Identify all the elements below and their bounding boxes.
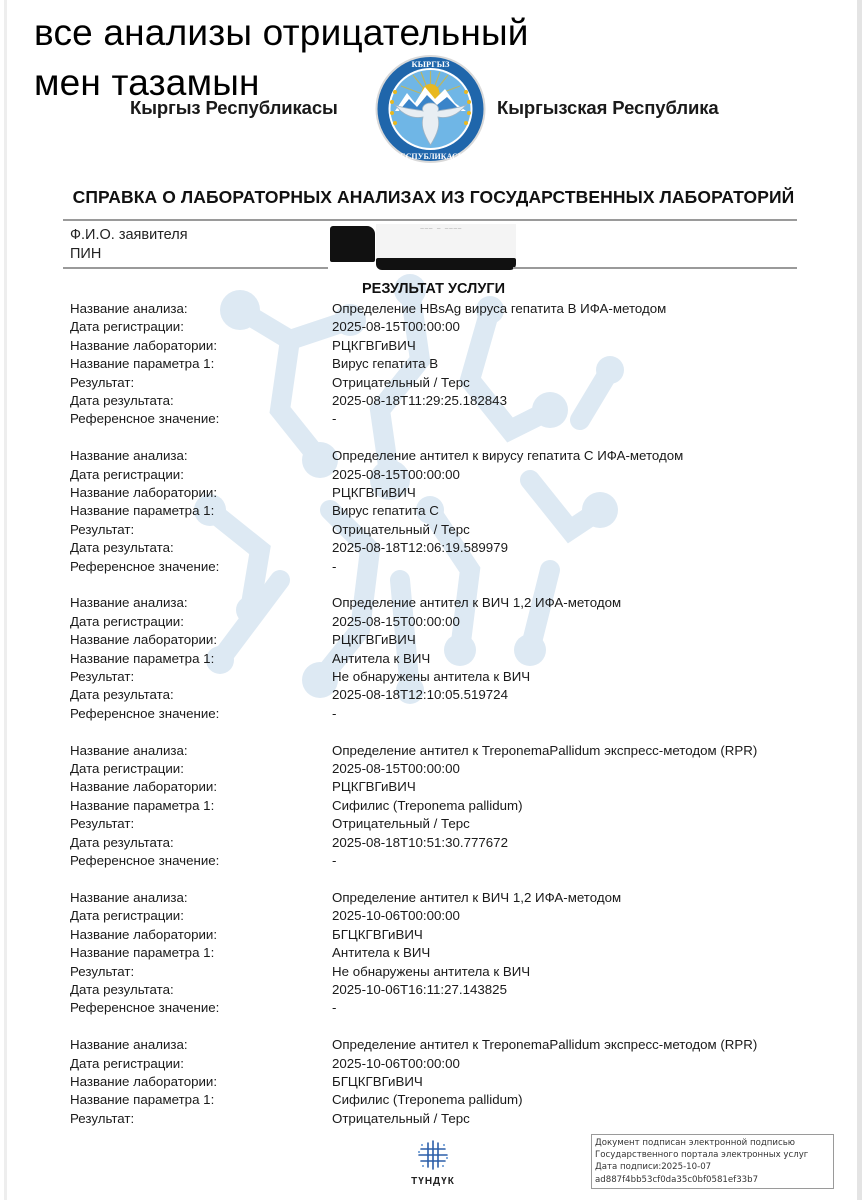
caption-line-1: все анализы отрицательный — [34, 8, 529, 58]
result-block: Название анализа:Определение антител к В… — [70, 889, 757, 1018]
result-block: Название анализа:Определение антител к В… — [70, 594, 757, 723]
field-parameter: Название параметра 1:Вирус гепатита С — [70, 502, 757, 520]
field-result: Результат:Не обнаружены антитела к ВИЧ — [70, 668, 757, 686]
field-registration-date: Дата регистрации:2025-08-15T00:00:00 — [70, 613, 757, 631]
field-reference: Референсное значение:- — [70, 852, 757, 870]
country-name-russian: Кыргызская Республика — [497, 97, 719, 119]
field-result: Результат:Отрицательный / Терс — [70, 374, 757, 392]
field-parameter: Название параметра 1:Сифилис (Treponema … — [70, 797, 757, 815]
field-registration-date: Дата регистрации:2025-08-15T00:00:00 — [70, 760, 757, 778]
field-parameter: Название параметра 1:Вирус гепатита В — [70, 355, 757, 373]
results-list: Название анализа:Определение HBsAg вирус… — [70, 300, 757, 1147]
field-reference: Референсное значение:- — [70, 999, 757, 1017]
document-title: СПРАВКА О ЛАБОРАТОРНЫХ АНАЛИЗАХ ИЗ ГОСУД… — [0, 187, 867, 208]
field-registration-date: Дата регистрации:2025-08-15T00:00:00 — [70, 318, 757, 336]
tunduk-logo-text: ТҮНДҮК — [400, 1176, 466, 1187]
field-result-date: Дата результата:2025-08-18T11:29:25.1828… — [70, 392, 757, 410]
applicant-name-label: Ф.И.О. заявителя — [70, 227, 188, 243]
field-parameter: Название параметра 1:Сифилис (Treponema … — [70, 1091, 757, 1109]
field-lab: Название лаборатории:БГЦКГВГиВИЧ — [70, 926, 757, 944]
field-lab: Название лаборатории:РЦКГВГиВИЧ — [70, 778, 757, 796]
field-analysis: Название анализа:Определение антител к В… — [70, 594, 757, 612]
signature-line: Государственного портала электронных усл… — [595, 1149, 830, 1161]
field-result: Результат:Отрицательный / Терс — [70, 815, 757, 833]
field-result-date: Дата результата:2025-08-18T10:51:30.7776… — [70, 834, 757, 852]
caption-line-2: мен тазамын — [34, 58, 529, 108]
signature-hash: ad887f4bb53cf0da35c0bf0581ef33b7 — [595, 1174, 830, 1186]
field-analysis: Название анализа:Определение HBsAg вирус… — [70, 300, 757, 318]
field-reference: Референсное значение:- — [70, 705, 757, 723]
field-result: Результат:Не обнаружены антитела к ВИЧ — [70, 963, 757, 981]
field-lab: Название лаборатории:РЦКГВГиВИЧ — [70, 337, 757, 355]
tunduk-logo: ТҮНДҮК — [400, 1140, 466, 1187]
signature-date: Дата подписи:2025-10-07 — [595, 1161, 830, 1173]
field-analysis: Название анализа:Определение антител к В… — [70, 889, 757, 907]
field-registration-date: Дата регистрации:2025-08-15T00:00:00 — [70, 466, 757, 484]
field-result: Результат:Отрицательный / Терс — [70, 521, 757, 539]
section-title: РЕЗУЛЬТАТ УСЛУГИ — [0, 281, 867, 297]
applicant-pin-label: ПИН — [70, 246, 101, 262]
field-registration-date: Дата регистрации:2025-10-06T00:00:00 — [70, 907, 757, 925]
field-lab: Название лаборатории:РЦКГВГиВИЧ — [70, 631, 757, 649]
field-analysis: Название анализа:Определение антител к T… — [70, 742, 757, 760]
svg-text:РЕСПУБЛИКАСЫ: РЕСПУБЛИКАСЫ — [395, 152, 465, 161]
field-parameter: Название параметра 1:Антитела к ВИЧ — [70, 944, 757, 962]
field-lab: Название лаборатории:БГЦКГВГиВИЧ — [70, 1073, 757, 1091]
field-registration-date: Дата регистрации:2025-10-06T00:00:00 — [70, 1055, 757, 1073]
result-block: Название анализа:Определение антител к T… — [70, 742, 757, 871]
field-reference: Референсное значение:- — [70, 558, 757, 576]
field-result-date: Дата результата:2025-10-06T16:11:27.1438… — [70, 981, 757, 999]
result-block: Название анализа:Определение антител к T… — [70, 1036, 757, 1128]
field-result: Результат:Отрицательный / Терс — [70, 1110, 757, 1128]
field-analysis: Название анализа:Определение антител к в… — [70, 447, 757, 465]
field-parameter: Название параметра 1:Антитела к ВИЧ — [70, 650, 757, 668]
redacted-text-remnant: ˉˉˉ ˉ ˉˉˉˉ — [420, 225, 462, 240]
field-result-date: Дата результата:2025-08-18T12:06:19.5899… — [70, 539, 757, 557]
field-analysis: Название анализа:Определение антител к T… — [70, 1036, 757, 1054]
divider — [63, 219, 797, 221]
result-block: Название анализа:Определение HBsAg вирус… — [70, 300, 757, 429]
field-reference: Референсное значение:- — [70, 410, 757, 428]
overlay-caption: все анализы отрицательный мен тазамын — [34, 8, 529, 108]
field-lab: Название лаборатории:РЦКГВГиВИЧ — [70, 484, 757, 502]
field-result-date: Дата результата:2025-08-18T12:10:05.5197… — [70, 686, 757, 704]
result-block: Название анализа:Определение антител к в… — [70, 447, 757, 576]
